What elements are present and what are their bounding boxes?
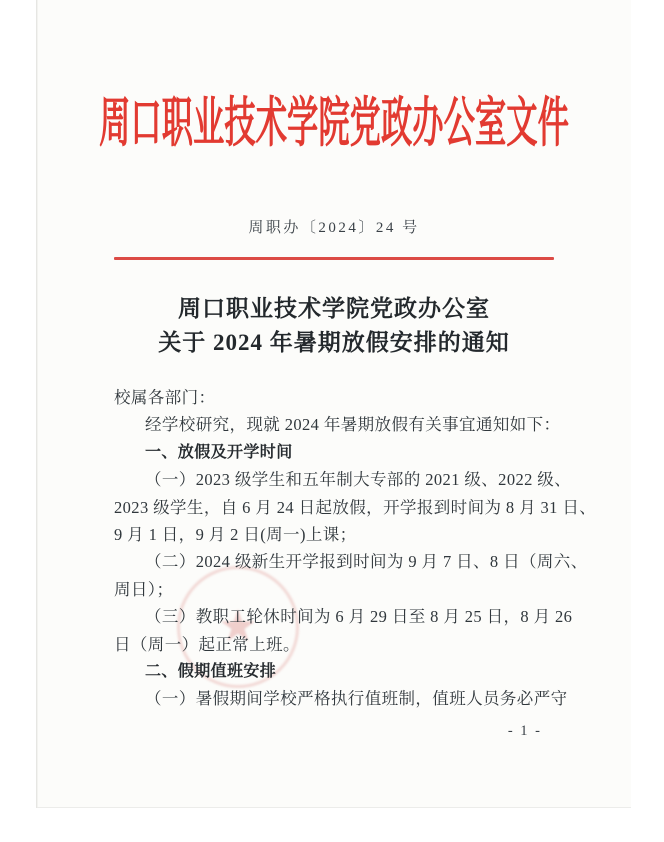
- notice-title-line2: 关于 2024 年暑期放假安排的通知: [74, 326, 594, 360]
- notice-title-line1: 周口职业技术学院党政办公室: [74, 292, 594, 326]
- document-number: 周职办〔2024〕24 号: [114, 216, 554, 237]
- body-line: 日（周一）起正常上班。: [114, 631, 558, 658]
- body-line: （二）2024 级新生开学报到时间为 9 月 7 日、8 日（周六、: [114, 548, 558, 575]
- notice-title: 周口职业技术学院党政办公室 关于 2024 年暑期放假安排的通知: [74, 292, 594, 360]
- body-line-section-heading: 二、假期值班安排: [114, 658, 558, 685]
- body-line: 周日）；: [114, 576, 558, 603]
- scanned-document-canvas: 周口职业技术学院党政办公室文件 周职办〔2024〕24 号 周口职业技术学院党政…: [0, 0, 664, 842]
- body-line: （三）教职工轮休时间为 6 月 29 日至 8 月 25 日，8 月 26: [114, 603, 558, 630]
- body-line: 2023 级学生，自 6 月 24 日起放假，开学报到时间为 8 月 31 日、: [114, 494, 558, 521]
- body-line: 9 月 1 日，9 月 2 日(周一)上课；: [114, 521, 558, 548]
- document-page: 周口职业技术学院党政办公室文件 周职办〔2024〕24 号 周口职业技术学院党政…: [36, 0, 631, 808]
- body-line: （一）暑假期间学校严格执行值班制，值班人员务必严守: [114, 685, 558, 712]
- page-number: - 1 -: [114, 723, 554, 740]
- document-header-title: 周口职业技术学院党政办公室文件: [99, 92, 569, 154]
- notice-body: 校属各部门： 经学校研究，现就 2024 年暑期放假有关事宜通知如下： 一、放假…: [114, 384, 558, 713]
- body-line: 经学校研究，现就 2024 年暑期放假有关事宜通知如下：: [114, 411, 558, 438]
- body-line: 校属各部门：: [114, 384, 558, 411]
- body-line-section-heading: 一、放假及开学时间: [114, 439, 558, 466]
- red-separator-line: [114, 257, 554, 260]
- body-line: （一）2023 级学生和五年制大专部的 2021 级、2022 级、: [114, 466, 558, 493]
